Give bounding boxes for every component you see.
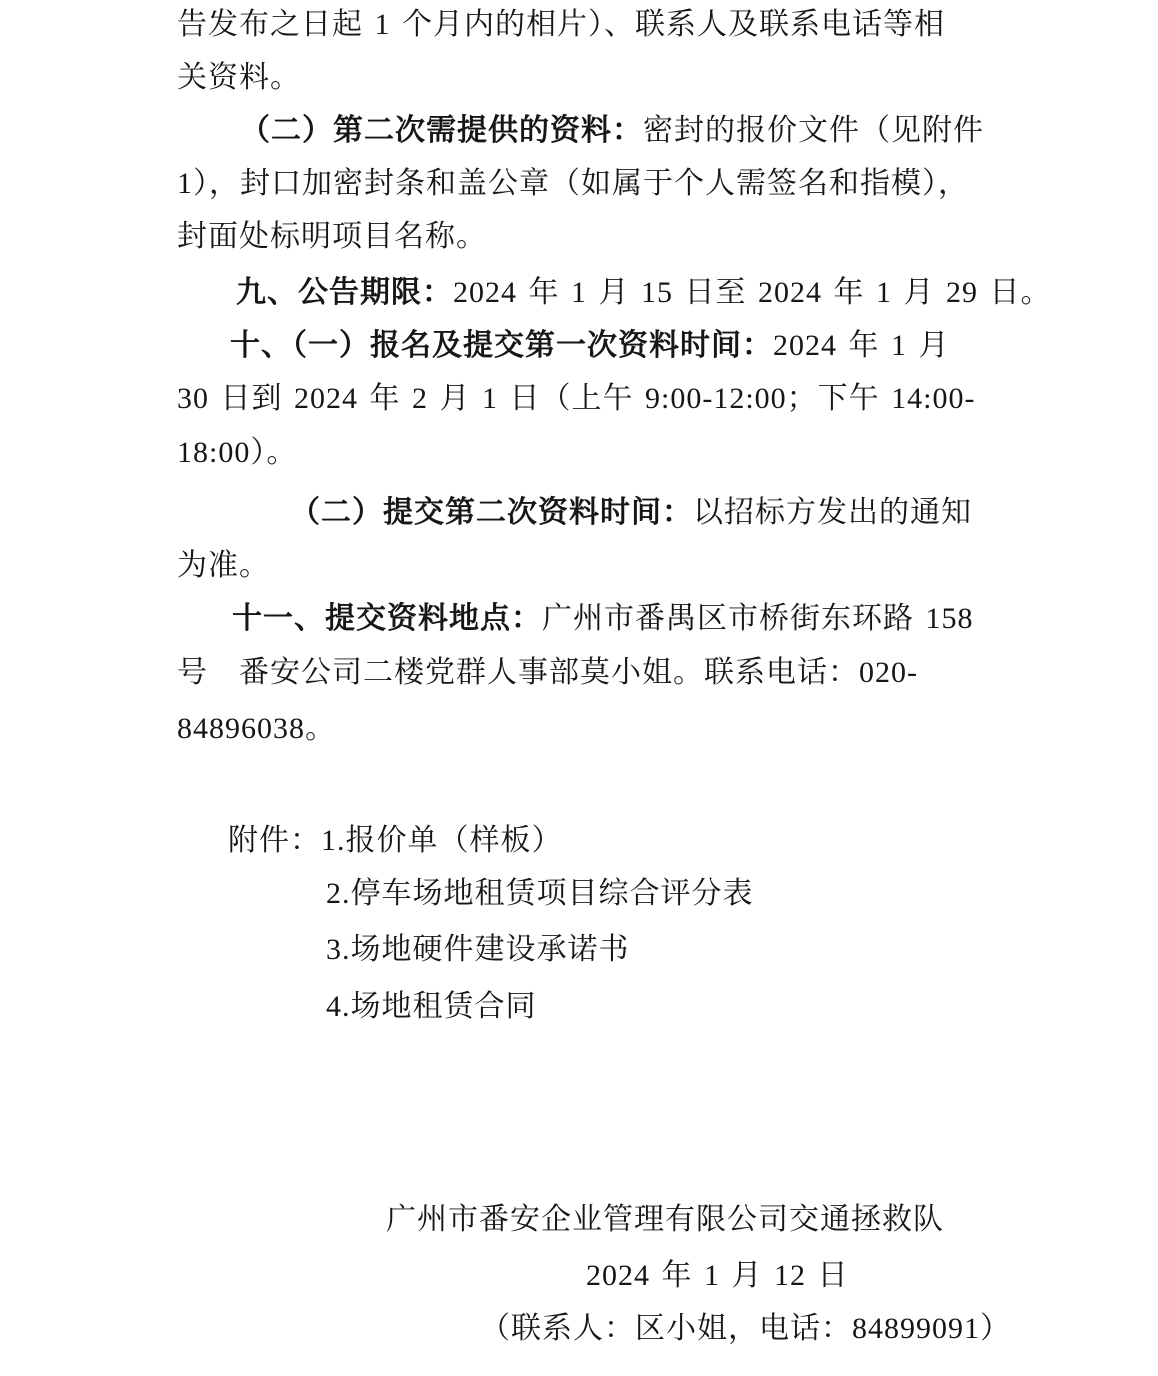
attachment-item-4: 4.场地租赁合同 — [326, 990, 537, 1024]
signature-date: 2024 年 1 月 12 日 — [586, 1259, 849, 1293]
second-submission-label: （二）提交第二次资料时间： — [290, 496, 693, 529]
document-page: 告发布之日起 1 个月内的相片）、联系人及联系电话等相 关资料。 （二）第二次需… — [0, 0, 1158, 1376]
para-first-submission-time: 十、（一）报名及提交第一次资料时间：2024 年 1 月 — [230, 329, 950, 363]
para-second-materials: （二）第二次需提供的资料：密封的报价文件（见附件 — [240, 114, 984, 148]
signature-contact: （联系人：区小姐，电话：84899091） — [480, 1312, 1011, 1346]
submission-location-label: 十一、提交资料地点： — [232, 602, 542, 635]
attachment-item-2: 2.停车场地租赁项目综合评分表 — [326, 877, 754, 911]
announcement-period-label: 九、公告期限： — [236, 276, 453, 309]
para-first-submission-cont-1: 30 日到 2024 年 2 月 1 日（上午 9:00-12:00；下午 14… — [177, 382, 976, 416]
para-second-materials-cont-2: 封面处标明项目名称。 — [177, 220, 487, 254]
second-submission-text: 以招标方发出的通知 — [693, 496, 972, 529]
para-photo-requirement-cont-2: 关资料。 — [177, 61, 301, 95]
para-second-submission-time: （二）提交第二次资料时间：以招标方发出的通知 — [290, 496, 972, 530]
attachment-item-3: 3.场地硬件建设承诺书 — [326, 933, 630, 967]
attachments-label: 附件： — [228, 824, 321, 857]
first-submission-text: 2024 年 1 月 — [773, 329, 950, 362]
para-first-submission-cont-2: 18:00）。 — [177, 436, 297, 470]
second-materials-label: （二）第二次需提供的资料： — [240, 114, 643, 147]
attachment-item-1: 1.报价单（样板） — [321, 824, 563, 857]
attachments-line-1: 附件：1.报价单（样板） — [228, 824, 563, 858]
para-second-submission-cont: 为准。 — [177, 549, 270, 583]
second-materials-text: 密封的报价文件（见附件 — [643, 114, 984, 147]
first-submission-label: 十、（一）报名及提交第一次资料时间： — [230, 329, 773, 362]
para-submission-location: 十一、提交资料地点：广州市番禺区市桥街东环路 158 — [232, 602, 974, 636]
para-photo-requirement-cont-1: 告发布之日起 1 个月内的相片）、联系人及联系电话等相 — [177, 8, 945, 42]
para-submission-location-cont-2: 84896038。 — [177, 712, 336, 746]
announcement-period-text: 2024 年 1 月 15 日至 2024 年 1 月 29 日。 — [453, 276, 1052, 309]
para-second-materials-cont-1: 1），封口加密封条和盖公章（如属于个人需签名和指模）， — [177, 167, 969, 201]
signature-company: 广州市番安企业管理有限公司交通拯救队 — [386, 1203, 944, 1237]
submission-location-text: 广州市番禺区市桥街东环路 158 — [542, 602, 974, 635]
para-announcement-period: 九、公告期限：2024 年 1 月 15 日至 2024 年 1 月 29 日。 — [236, 276, 1052, 310]
para-submission-location-cont-1: 号 番安公司二楼党群人事部莫小姐。联系电话：020- — [177, 656, 918, 690]
